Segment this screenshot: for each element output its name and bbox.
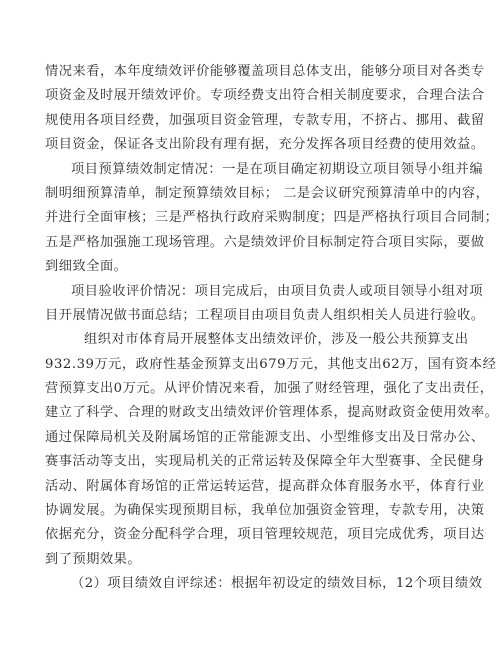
text-line-11: 目开展情况做书面总结；工程项目由项目负责人组织相关人员进行验收。 (45, 304, 457, 328)
text-line-8: 五是严格加强施工现场管理。六是绩效评价目标制定符合项目实际，要做 (45, 231, 457, 255)
paragraph-acceptance-evaluation: 项目验收评价情况：项目完成后，由项目负责人或项目领导小组对项 (45, 280, 457, 304)
text-line-16: 通过保障局机关及附属场馆的正常能源支出、小型维修支出及日常办公、 (45, 426, 457, 450)
text-line-13: 932.39万元，政府性基金预算支出679万元，其他支出62万，国有资本经 (45, 353, 457, 377)
text-line-3: 规使用各项目经费，加强项目资金管理，专款专用，不挤占、挪用、截留 (45, 109, 457, 133)
text-line-2: 项资金及时展开绩效评价。专项经费支出符合相关制度要求，合理合法合 (45, 84, 457, 108)
paragraph-budget-performance: 项目预算绩效制定情况：一是在项目确定初期设立项目领导小组并编 (45, 158, 457, 182)
document-page: 情况来看，本年度绩效评价能够覆盖项目总体支出，能够分项目对各类专 项资金及时展开… (45, 60, 457, 597)
text-line-17: 赛事活动等支出，实现局机关的正常运转及保障全年大型赛事、全民健身 (45, 450, 457, 474)
text-line-9: 到细致全面。 (45, 255, 457, 279)
text-line-21: 到了预期效果。 (45, 548, 457, 572)
text-line-18: 活动、附属体育场馆的正常运转运营，提高群众体育服务水平，体育行业 (45, 475, 457, 499)
text-line-1: 情况来看，本年度绩效评价能够覆盖项目总体支出，能够分项目对各类专 (45, 60, 457, 84)
text-line-15: 建立了科学、合理的财政支出绩效评价管理体系，提高财政资金使用效率。 (45, 401, 457, 425)
text-line-14: 营预算支出0万元。从评价情况来看，加强了财经管理，强化了支出责任， (45, 377, 457, 401)
text-line-19: 协调发展。为确保实现预期目标，我单位加强资金管理，专款专用，决策 (45, 499, 457, 523)
text-line-7: 并进行全面审核；三是严格执行政府采购制度；四是严格执行项目合同制； (45, 206, 457, 230)
paragraph-self-evaluation-summary: （2）项目绩效自评综述：根据年初设定的绩效目标，12个项目绩效 (45, 572, 457, 596)
text-line-20: 依据充分，资金分配科学合理，项目管理较规范，项目完成优秀，项目达 (45, 523, 457, 547)
text-line-4: 项目资金，保证各支出阶段有理有据，充分发挥各项目经费的使用效益。 (45, 133, 457, 157)
paragraph-overall-evaluation: 组织对市体育局开展整体支出绩效评价，涉及一般公共预算支出 (45, 328, 457, 352)
text-line-6: 制明细预算清单，制定预算绩效目标； 二是会议研究预算清单中的内容， (45, 182, 457, 206)
